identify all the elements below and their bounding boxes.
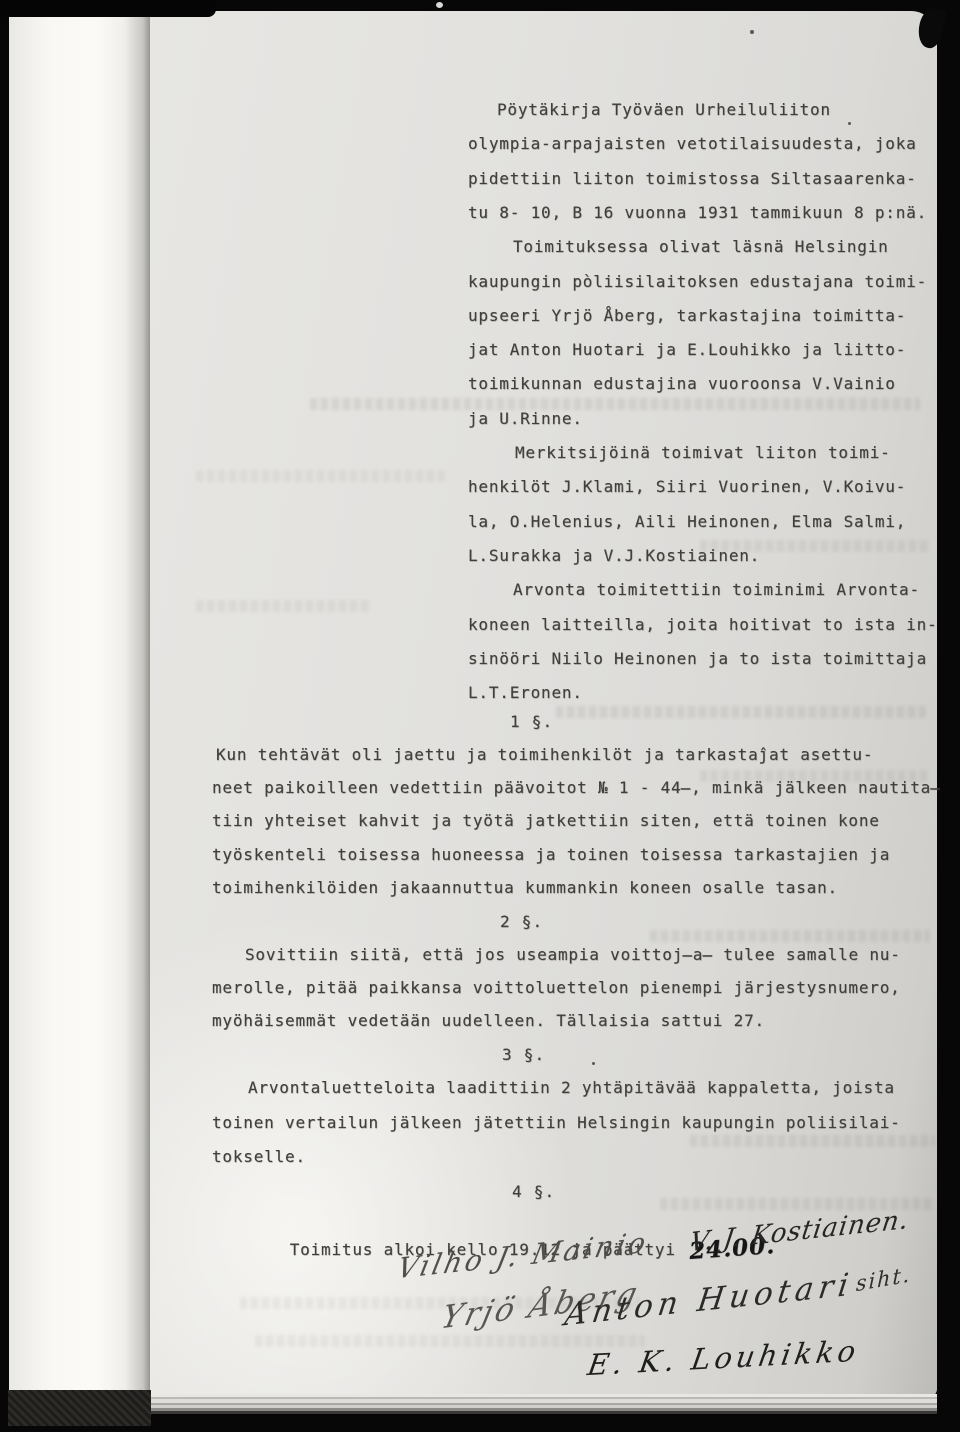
section-heading: 3 §. (502, 1045, 545, 1064)
typed-line: neet paikoilleen vedettiin päävoitot № 1… (212, 778, 941, 797)
typed-line: toinen vertailun jälkeen jätettiin Helsi… (212, 1113, 901, 1132)
bleed-through-text (650, 930, 930, 942)
section-heading: 4 §. (512, 1182, 555, 1201)
typed-line: la, O.Helenius, Aili Heinonen, Elma Salm… (468, 512, 906, 531)
scan-border-smudge (0, 0, 216, 17)
typed-line: Arvonta toimitettiin toiminimi Arvonta- (513, 580, 920, 599)
bleed-through-text (690, 1135, 935, 1147)
typed-line: henkilöt J.Klami, Siiri Vuorinen, V.Koiv… (468, 477, 906, 496)
typed-line: toimikunnan edustajina vuoroonsa V.Vaini… (468, 374, 896, 393)
dust-speck (848, 122, 851, 125)
bleed-through-text (255, 1335, 645, 1347)
bleed-through-text (310, 398, 920, 410)
book-cover-corner (8, 1390, 151, 1426)
previous-page-edge (9, 13, 150, 1397)
typed-line: sinööri Niilo Heinonen ja to ista toimit… (468, 649, 927, 668)
bleed-through-text (196, 600, 371, 612)
dust-speck (592, 1062, 595, 1065)
typed-line: upseeri Yrjö Åberg, tarkastajina toimitt… (468, 306, 906, 325)
typed-line: Pöytäkirja Työväen Urheiluliiton (497, 100, 831, 119)
typed-line: Merkitsijöinä toimivat liiton toimi- (515, 443, 891, 462)
section-heading: 2 §. (500, 912, 543, 931)
typed-line: tokselle. (212, 1147, 306, 1166)
scan-dust-speck (436, 2, 443, 8)
dust-speck (750, 30, 754, 34)
typed-line: Kun tehtävät oli jaettu ja toimihenkilöt… (216, 745, 873, 764)
typed-line: pidettiin liiton toimistossa Siltasaaren… (468, 169, 917, 188)
typed-line: Toimituksessa olivat läsnä Helsingin (513, 237, 889, 256)
typed-line: koneen laitteilla, joita hoitivat to ist… (468, 615, 937, 634)
typed-line: myöhäisemmät vedetään uudelleen. Tällais… (212, 1011, 765, 1030)
typed-line: kaupungin pòliisilaitoksen edustajana to… (468, 272, 927, 291)
section-heading: 1 §. (510, 712, 553, 731)
typed-line: työskenteli toisessa huoneessa ja toinen… (212, 845, 890, 864)
typed-line: tu 8- 10, B 16 vuonna 1931 tammikuun 8 p… (468, 203, 927, 222)
typed-line: jat Anton Huotari ja E.Louhikko ja liitt… (468, 340, 906, 359)
typed-line: L.T.Eronen. (468, 683, 583, 702)
typed-line: ja U.Rinne. (468, 409, 583, 428)
typed-line: Arvontaluetteloita laadittiin 2 yhtäpitä… (248, 1078, 895, 1097)
bleed-through-text (556, 706, 926, 718)
typed-line: tiin yhteiset kahvit ja työtä jatkettiin… (212, 811, 880, 830)
typed-line: merolle, pitää paikkansa voittoluettelon… (212, 978, 901, 997)
scanned-minutes-page: Pöytäkirja Työväen Urheiluliitonolympia-… (0, 0, 960, 1432)
typed-line: olympia-arpajaisten vetotilaisuudesta, j… (468, 134, 917, 153)
bleed-through-text (196, 470, 446, 482)
typed-line: Sovittiin siitä, että jos useampia voitt… (245, 945, 901, 964)
typed-line: L.Surakka ja V.J.Kostiainen. (468, 546, 760, 565)
typed-line: toimihenkilöiden jakaannuttua kummankin … (212, 878, 838, 897)
page-stack-edge (150, 1394, 937, 1414)
